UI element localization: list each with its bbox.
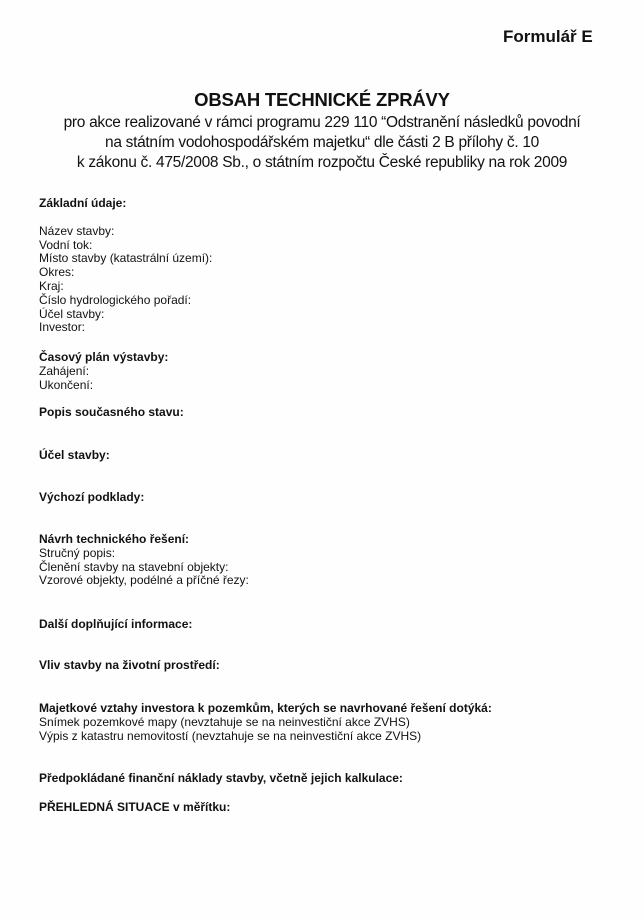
field-label-end: Ukončení: bbox=[39, 379, 168, 393]
section-costs: Předpokládané finanční náklady stavby, v… bbox=[39, 772, 403, 786]
section-heading: Časový plán výstavby: bbox=[39, 351, 168, 365]
section-property-relations: Majetkové vztahy investora k pozemkům, k… bbox=[39, 702, 492, 743]
section-purpose: Účel stavby: bbox=[39, 449, 110, 463]
section-heading: Předpokládané finanční náklady stavby, v… bbox=[39, 772, 403, 786]
field-label-purpose: Účel stavby: bbox=[39, 308, 212, 322]
field-label-building-name: Název stavby: bbox=[39, 225, 212, 239]
field-label-sections: Vzorové objekty, podélné a příčné řezy: bbox=[39, 574, 249, 588]
section-sources: Výchozí podklady: bbox=[39, 491, 144, 505]
section-additional-info: Další doplňující informace: bbox=[39, 618, 192, 632]
field-label-cadastre-extract: Výpis z katastru nemovitostí (nevztahuje… bbox=[39, 730, 492, 744]
section-heading: Další doplňující informace: bbox=[39, 618, 192, 632]
section-environment: Vliv stavby na životní prostředí: bbox=[39, 659, 220, 673]
subtitle-line: k zákonu č. 475/2008 Sb., o státním rozp… bbox=[0, 153, 644, 173]
section-heading: Popis současného stavu: bbox=[39, 406, 184, 420]
section-situation: PŘEHLEDNÁ SITUACE v měřítku: bbox=[39, 801, 230, 815]
field-label-location: Místo stavby (katastrální území): bbox=[39, 252, 212, 266]
field-label-brief-description: Stručný popis: bbox=[39, 547, 249, 561]
section-heading: PŘEHLEDNÁ SITUACE v měřítku: bbox=[39, 801, 230, 815]
field-label-watercourse: Vodní tok: bbox=[39, 239, 212, 253]
section-schedule: Časový plán výstavby: Zahájení: Ukončení… bbox=[39, 351, 168, 392]
field-label-building-objects: Členění stavby na stavební objekty: bbox=[39, 561, 249, 575]
field-label-land-map: Snímek pozemkové mapy (nevztahuje se na … bbox=[39, 716, 492, 730]
section-heading: Vliv stavby na životní prostředí: bbox=[39, 659, 220, 673]
field-label-investor: Investor: bbox=[39, 321, 212, 335]
section-heading: Základní údaje: bbox=[39, 197, 212, 211]
section-heading: Účel stavby: bbox=[39, 449, 110, 463]
field-label-district: Okres: bbox=[39, 266, 212, 280]
section-heading: Majetkové vztahy investora k pozemkům, k… bbox=[39, 702, 492, 716]
subtitle-line: na státním vodohospodářském majetku“ dle… bbox=[0, 133, 644, 153]
section-technical-design: Návrh technického řešení: Stručný popis:… bbox=[39, 533, 249, 588]
section-heading: Návrh technického řešení: bbox=[39, 533, 249, 547]
document-subtitle: pro akce realizované v rámci programu 22… bbox=[0, 113, 644, 173]
document-title: OBSAH TECHNICKÉ ZPRÁVY bbox=[0, 89, 644, 111]
section-heading: Výchozí podklady: bbox=[39, 491, 144, 505]
subtitle-line: pro akce realizované v rámci programu 22… bbox=[0, 113, 644, 133]
field-label-start: Zahájení: bbox=[39, 365, 168, 379]
section-current-state: Popis současného stavu: bbox=[39, 406, 184, 420]
form-identifier: Formulář E bbox=[503, 27, 593, 47]
field-label-region: Kraj: bbox=[39, 280, 212, 294]
field-label-hydro-number: Číslo hydrologického pořadí: bbox=[39, 294, 212, 308]
section-basic-data: Základní údaje: Název stavby: Vodní tok:… bbox=[39, 197, 212, 335]
